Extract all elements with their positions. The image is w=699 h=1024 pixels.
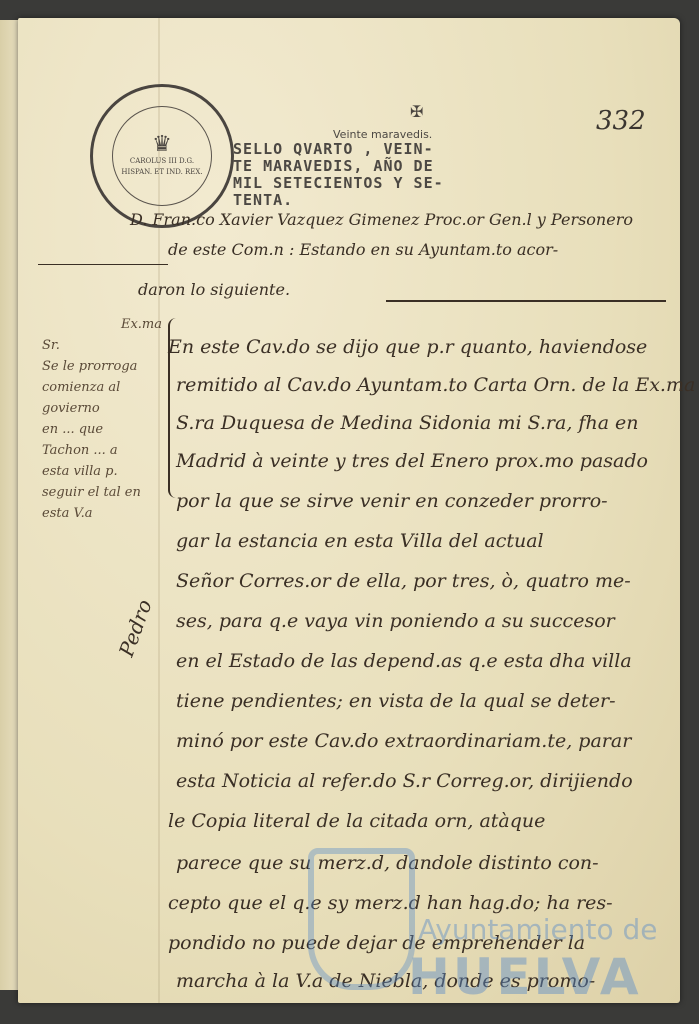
margin-note-line: Sr. [42, 335, 172, 356]
body-line: en el Estado de las depend.as q.e esta d… [176, 650, 632, 672]
body-line: por la que se sirve venir en conzeder pr… [176, 490, 608, 512]
divider-line [38, 264, 168, 265]
margin-note-line: Se le prorroga [42, 356, 172, 377]
stamp-line: MIL SETECIENTOS Y SE- [233, 175, 613, 192]
manuscript-page: ♛ CAROLUS III D.G. HISPAN. ET IND. REX. … [18, 18, 680, 1003]
crown-icon: ♛ [152, 134, 172, 156]
body-line: S.ra Duquesa de Medina Sidonia mi S.ra, … [176, 412, 639, 434]
margin-note-line: esta villa p. [42, 461, 172, 482]
body-line: Señor Corres.or de ella, por tres, ò, qu… [176, 570, 631, 592]
margin-note: Ex.ma Sr. Se le prorroga comienza al gov… [42, 314, 172, 524]
body-line: En este Cav.do se dijo que p.r quanto, h… [168, 336, 647, 358]
stamp-line: TENTA. [233, 192, 613, 209]
seal-ring-text: CAROLUS III D.G. HISPAN. ET IND. REX. [117, 156, 207, 178]
huelva-shield-icon [308, 848, 415, 990]
header-line: daron lo siguiente. [138, 280, 290, 299]
royal-seal: ♛ CAROLUS III D.G. HISPAN. ET IND. REX. [90, 84, 234, 228]
body-line: esta Noticia al refer.do S.r Correg.or, … [176, 770, 633, 792]
margin-note-line: Ex.ma [42, 314, 172, 335]
body-line: le Copia literal de la citada orn, atàqu… [168, 810, 545, 832]
side-note: Pedro [114, 596, 157, 659]
body-line: tiene pendientes; en vista de la qual se… [176, 690, 616, 712]
margin-note-line: Tachon ... a [42, 440, 172, 461]
margin-note-line: seguir el tal en [42, 482, 172, 503]
cross-icon: ✠ [410, 102, 423, 121]
body-line: gar la estancia en esta Villa del actual [176, 530, 544, 552]
folio-number: 332 [596, 106, 646, 136]
stamp-line: TE MARAVEDIS, AÑO DE [233, 158, 613, 175]
watermark-line1: Ayuntamiento de [418, 913, 658, 946]
divider-line [386, 300, 666, 302]
body-line: remitido al Cav.do Ayuntam.to Carta Orn.… [176, 374, 695, 396]
margin-note-line: en ... que [42, 419, 172, 440]
margin-note-line: esta V.a [42, 503, 172, 524]
seal-coat-of-arms: ♛ CAROLUS III D.G. HISPAN. ET IND. REX. [112, 106, 212, 206]
stamp-line: SELLO QVARTO , VEIN- [233, 141, 613, 158]
header-line: D. Fran.co Xavier Vazquez Gimenez Proc.o… [130, 210, 633, 229]
body-line: Madrid à veinte y tres del Enero prox.mo… [176, 450, 648, 472]
body-line: ses, para q.e vaya vin poniendo a su suc… [176, 610, 615, 632]
body-line: minó por este Cav.do extraordinariam.te,… [176, 730, 631, 752]
watermark-line2: HUELVA [408, 948, 642, 1006]
margin-note-line: comienza al govierno [42, 377, 172, 419]
stamp-text: Veinte maravedis. SELLO QVARTO , VEIN- T… [233, 128, 613, 209]
header-line: de este Com.n : Estando en su Ayuntam.to… [168, 240, 558, 259]
